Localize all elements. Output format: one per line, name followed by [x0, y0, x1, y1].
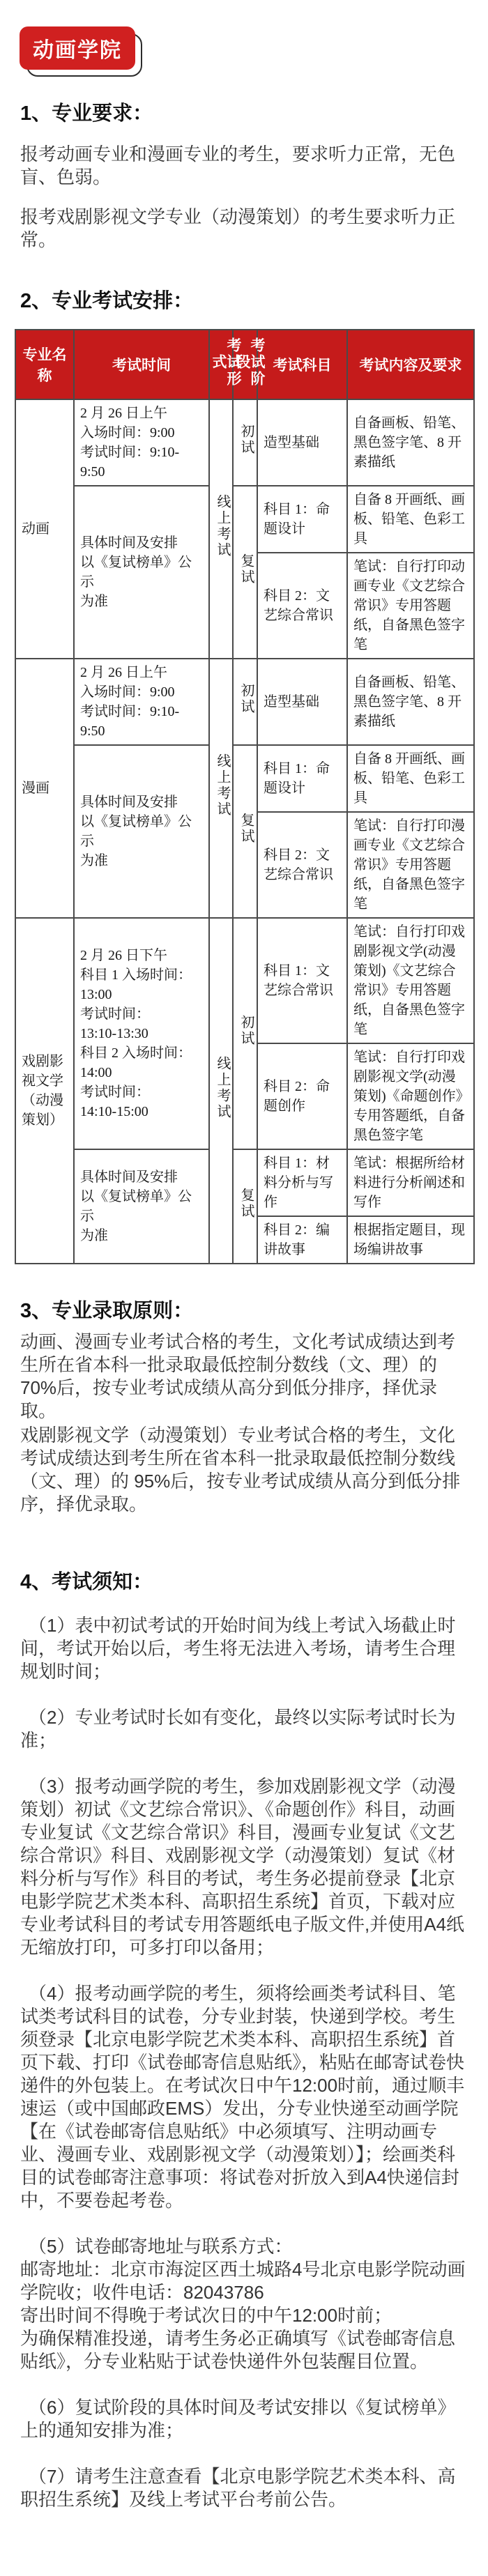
xiwen-second-exam-time: 具体时间及安排 以《复试榜单》公示 为准	[74, 1149, 209, 1264]
manhua-exam-form: 线上考试	[209, 659, 233, 918]
notice-item-7: （7）请考生注意查看【北京电影学院艺术类本科、高职招生系统】及线上考试平台考前公…	[20, 2465, 468, 2511]
xiwen-r2-content: 笔试：自行打印戏剧影视文学(动漫策划)《命题创作》专用答题纸，自备黑色签字笔	[347, 1043, 474, 1149]
table-row: 动画 2 月 26 日上午 入场时间：9:00 考试时间：9:10-9:50 线…	[15, 399, 474, 486]
manhua-r3-subject: 科目 2：文艺综合常识	[257, 812, 347, 918]
manhua-first-stage: 初试	[233, 659, 257, 745]
notice-item-5: （5）试卷邮寄地址与联系方式： 邮寄地址：北京市海淀区西土城路4号北京电影学院动…	[15, 2235, 473, 2373]
donghua-r2-content: 自备 8 开画纸、画板、铅笔、色彩工具	[347, 486, 474, 553]
xiwen-r1-content: 笔试：自行打印戏剧影视文学(动漫策划)《文艺综合常识》专用答题纸，自备黑色签字笔	[347, 918, 474, 1043]
donghua-first-exam-time: 2 月 26 日上午 入场时间：9:00 考试时间：9:10-9:50	[74, 399, 209, 486]
section-2-heading: 2、专业考试安排：	[20, 285, 468, 314]
manhua-r3-content: 笔试：自行打印漫画专业《文艺综合常识》专用答题纸，自备黑色签字笔	[347, 812, 474, 918]
manhua-r2-content: 自备 8 开画纸、画板、铅笔、色彩工具	[347, 745, 474, 812]
manhua-major-name: 漫画	[15, 659, 74, 918]
donghua-r1-subject: 造型基础	[257, 399, 347, 486]
notice-item-3: （3）报考动画学院的考生，参加戏剧影视文学（动漫策划）初试《文艺综合常识》、《命…	[20, 1775, 468, 1959]
xiwen-first-exam-time: 2 月 26 日下午 科目 1 入场时间： 13:00 考试时间： 13:10-…	[74, 918, 209, 1149]
xiwen-r4-content: 根据指定题目，现场编讲故事	[347, 1216, 474, 1264]
college-badge: 动画学院	[20, 26, 135, 70]
mailing-deadline-line: 寄出时间不得晚于考试次日的中午12:00时前；	[20, 2304, 468, 2327]
notice-item-4: （4）报考动画学院的考生，须将绘画类考试科目、笔试类考试科目的试卷，分专业封装，…	[20, 1982, 468, 2212]
notice-item-6: （6）复试阶段的具体时间及考试安排以《复试榜单》上的通知安排为准；	[20, 2396, 468, 2442]
notice-item-1: （1）表中初试考试的开始时间为线上考试入场截止时间，考试开始以后，考生将无法进入…	[20, 1614, 468, 1683]
xiwen-major-name: 戏剧影视文学（动漫策划）	[15, 918, 74, 1264]
table-row: 具体时间及安排 以《复试榜单》公示 为准 复试 科目 1：材料分析与写作 笔试：…	[15, 1149, 474, 1216]
page: 动画学院 1、专业要求： 报考动画专业和漫画专业的考生，要求听力正常，无色盲、色…	[0, 0, 488, 2576]
manhua-r1-content: 自备画板、铅笔、黑色签字笔、8 开素描纸	[347, 659, 474, 745]
mailing-address-line: 邮寄地址：北京市海淀区西土城路4号北京电影学院动画学院收；收件电话：820437…	[20, 2258, 468, 2304]
section-1-heading: 1、专业要求：	[20, 98, 468, 126]
section-3-heading: 3、专业录取原则：	[20, 1295, 468, 1324]
xiwen-second-stage: 复试	[233, 1149, 257, 1264]
table-row: 漫画 2 月 26 日上午 入场时间：9:00 考试时间：9:10-9:50 线…	[15, 659, 474, 745]
manhua-r2-subject: 科目 1：命题设计	[257, 745, 347, 812]
xiwen-r4-subject: 科目 2：编讲故事	[257, 1216, 347, 1264]
donghua-major-name: 动画	[15, 399, 74, 659]
header-time: 考试时间	[74, 330, 209, 399]
table-row: 戏剧影视文学（动漫策划） 2 月 26 日下午 科目 1 入场时间： 13:00…	[15, 918, 474, 1043]
requirement-paragraph-2: 报考戏剧影视文学专业（动漫策划）的考生要求听力正常。	[20, 206, 468, 252]
header-major: 专业名称	[15, 330, 74, 399]
table-header-row: 专业名称 考试时间 考试形式 考试阶段 考试科目 考试内容及要求	[15, 330, 474, 399]
xiwen-r2-subject: 科目 2：命题创作	[257, 1043, 347, 1149]
donghua-second-stage: 复试	[233, 486, 257, 659]
donghua-second-exam-time: 具体时间及安排 以《复试榜单》公示 为准	[74, 486, 209, 659]
admission-rule-paragraph-1: 动画、漫画专业考试合格的考生，文化考试成绩达到考生所在省本科一批录取最低控制分数…	[20, 1331, 468, 1423]
section-4-heading: 4、考试须知：	[20, 1566, 468, 1595]
requirement-paragraph-1: 报考动画专业和漫画专业的考生，要求听力正常，无色盲、色弱。	[20, 143, 468, 189]
donghua-r3-content: 笔试：自行打印动画专业《文艺综合常识》专用答题纸，自备黑色签字笔	[347, 553, 474, 659]
donghua-r3-subject: 科目 2：文艺综合常识	[257, 553, 347, 659]
mailing-note-line: 为确保精准投递，请考生务必正确填写《试卷邮寄信息贴纸》，分专业粘贴于试卷快递件外…	[20, 2327, 468, 2373]
manhua-second-stage: 复试	[233, 745, 257, 918]
badge-label: 动画学院	[20, 26, 135, 70]
xiwen-first-stage: 初试	[233, 918, 257, 1149]
xiwen-r1-subject: 科目 1：文艺综合常识	[257, 918, 347, 1043]
donghua-r1-content: 自备画板、铅笔、黑色签字笔、8 开素描纸	[347, 399, 474, 486]
manhua-second-exam-time: 具体时间及安排 以《复试榜单》公示 为准	[74, 745, 209, 918]
manhua-r1-subject: 造型基础	[257, 659, 347, 745]
notice-item-2: （2）专业考试时长如有变化，最终以实际考试时长为准；	[20, 1706, 468, 1752]
donghua-r2-subject: 科目 1：命题设计	[257, 486, 347, 553]
donghua-exam-form: 线上考试	[209, 399, 233, 659]
xiwen-r3-subject: 科目 1：材料分析与写作	[257, 1149, 347, 1216]
header-form: 考试形式	[209, 330, 233, 399]
table-row: 具体时间及安排 以《复试榜单》公示 为准 复试 科目 1：命题设计 自备 8 开…	[15, 745, 474, 812]
manhua-first-exam-time: 2 月 26 日上午 入场时间：9:00 考试时间：9:10-9:50	[74, 659, 209, 745]
table-row: 具体时间及安排 以《复试榜单》公示 为准 复试 科目 1：命题设计 自备 8 开…	[15, 486, 474, 553]
xiwen-exam-form: 线上考试	[209, 918, 233, 1264]
header-stage: 考试阶段	[233, 330, 257, 399]
admission-rule-paragraph-2: 戏剧影视文学（动漫策划）专业考试合格的考生，文化考试成绩达到考生所在省本科一批录…	[20, 1424, 468, 1516]
xiwen-r3-content: 笔试：根据所给材料进行分析阐述和写作	[347, 1149, 474, 1216]
header-content: 考试内容及要求	[347, 330, 474, 399]
exam-schedule-table: 专业名称 考试时间 考试形式 考试阶段 考试科目 考试内容及要求 动画 2 月 …	[15, 329, 475, 1264]
notice-item-5-title: （5）试卷邮寄地址与联系方式：	[20, 2235, 468, 2258]
header-subject: 考试科目	[257, 330, 347, 399]
donghua-first-stage: 初试	[233, 399, 257, 486]
